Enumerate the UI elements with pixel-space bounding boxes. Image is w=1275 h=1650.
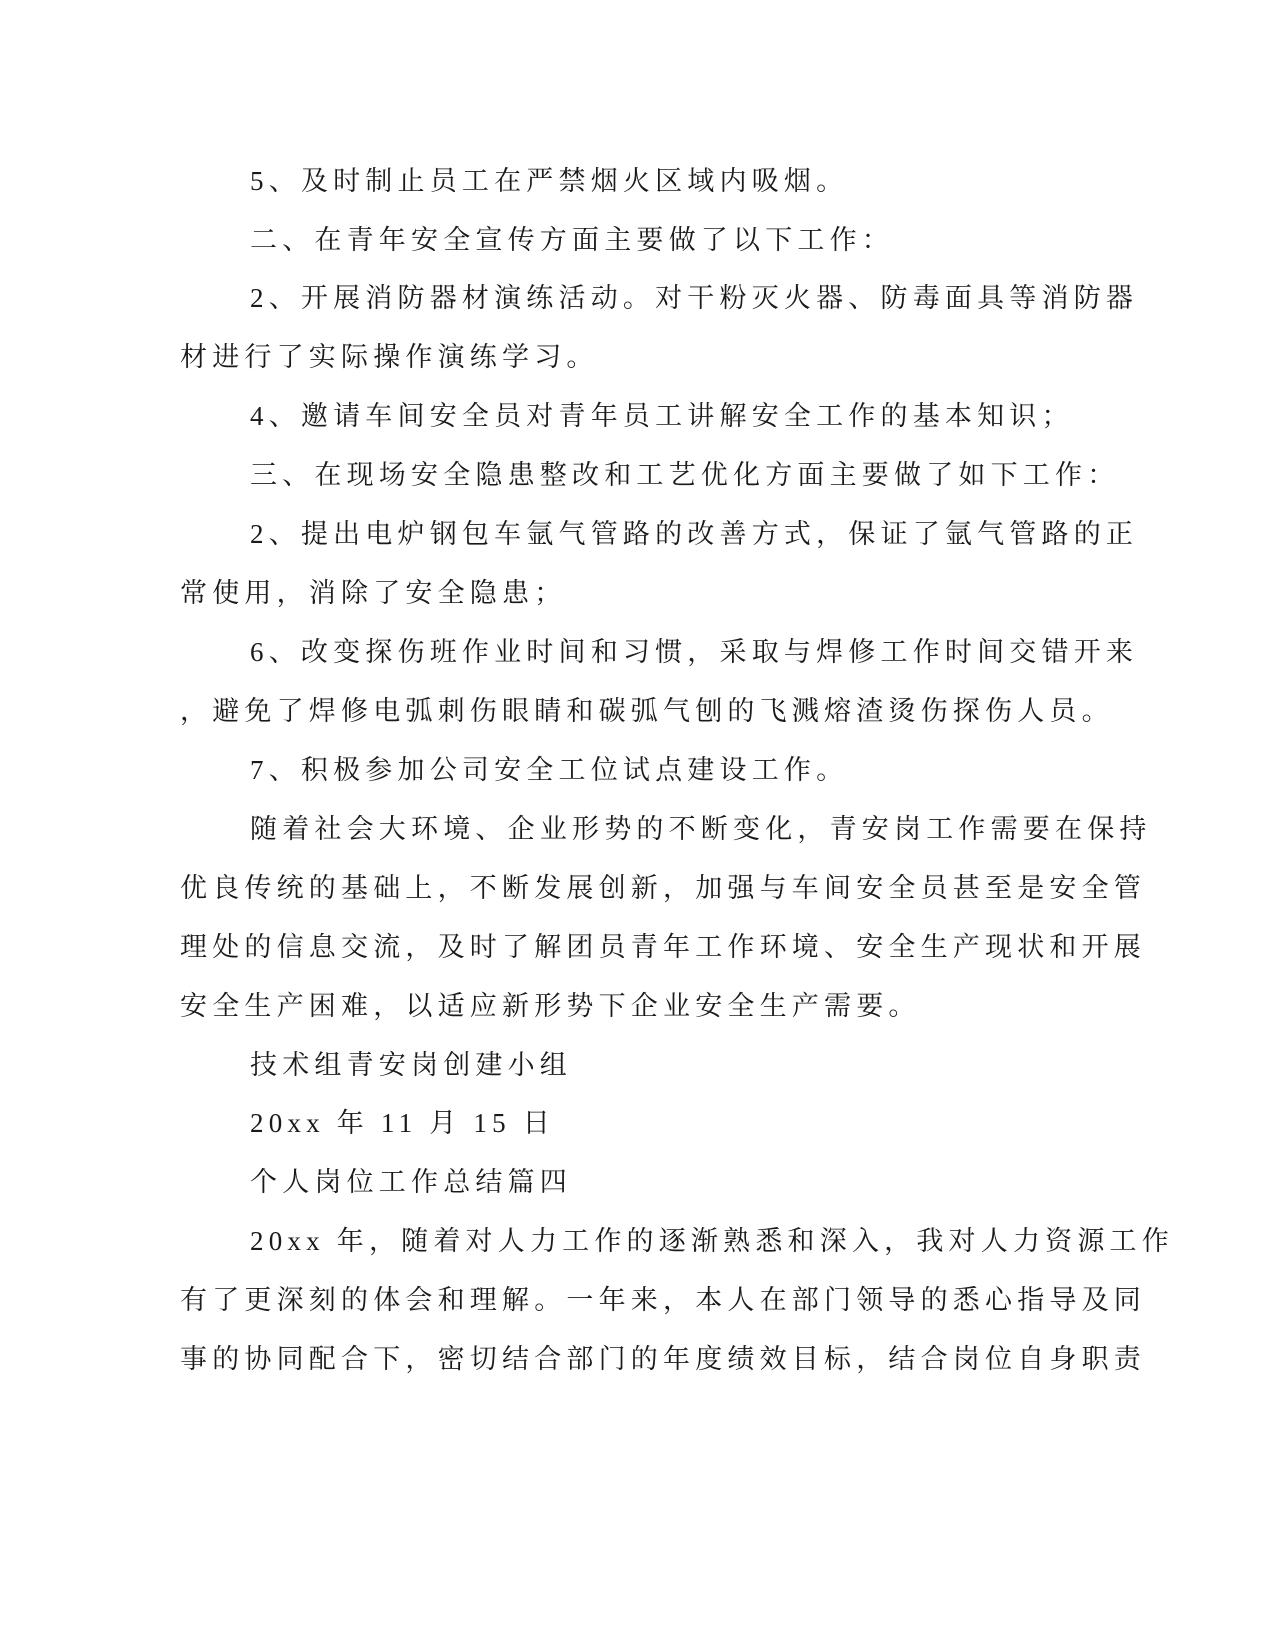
paragraph-line: 有了更深刻的体会和理解。一年来，本人在部门领导的悉心指导及同 bbox=[180, 1280, 1050, 1320]
signature-date: 20xx 年 11 月 15 日 bbox=[250, 1103, 1120, 1143]
section-heading-3: 三、在现场安全隐患整改和工艺优化方面主要做了如下工作： bbox=[250, 455, 1120, 495]
paragraph-line: 常使用，消除了安全隐患； bbox=[180, 573, 1050, 613]
paragraph-line: 2、提出电炉钢包车氩气管路的改善方式，保证了氩气管路的正 bbox=[250, 514, 1120, 554]
signature-group: 技术组青安岗创建小组 bbox=[250, 1045, 1120, 1085]
paragraph-line: 随着社会大环境、企业形势的不断变化，青安岗工作需要在保持 bbox=[250, 809, 1120, 849]
paragraph-line: ，避免了焊修电弧刺伤眼睛和碳弧气刨的飞溅熔渣烫伤探伤人员。 bbox=[180, 691, 1050, 731]
document-page: 5、及时制止员工在严禁烟火区域内吸烟。 二、在青年安全宣传方面主要做了以下工作：… bbox=[0, 0, 1275, 1650]
paragraph-line: 材进行了实际操作演练学习。 bbox=[180, 337, 1050, 377]
article-title: 个人岗位工作总结篇四 bbox=[250, 1162, 1120, 1202]
section-heading-2: 二、在青年安全宣传方面主要做了以下工作： bbox=[250, 220, 1120, 260]
paragraph-line: 20xx 年，随着对人力工作的逐渐熟悉和深入，我对人力资源工作 bbox=[250, 1221, 1120, 1261]
paragraph-line: 4、邀请车间安全员对青年员工讲解安全工作的基本知识； bbox=[250, 396, 1120, 436]
paragraph-line: 安全生产困难，以适应新形势下企业安全生产需要。 bbox=[180, 986, 1050, 1026]
paragraph-line: 理处的信息交流，及时了解团员青年工作环境、安全生产现状和开展 bbox=[180, 927, 1050, 967]
paragraph-line: 2、开展消防器材演练活动。对干粉灭火器、防毒面具等消防器 bbox=[250, 278, 1120, 318]
paragraph-line: 7、积极参加公司安全工位试点建设工作。 bbox=[250, 750, 1120, 790]
paragraph-line: 优良传统的基础上，不断发展创新，加强与车间安全员甚至是安全管 bbox=[180, 868, 1050, 908]
paragraph-line: 事的协同配合下，密切结合部门的年度绩效目标，结合岗位自身职责 bbox=[180, 1339, 1050, 1379]
paragraph-line: 6、改变探伤班作业时间和习惯，采取与焊修工作时间交错开来 bbox=[250, 632, 1120, 672]
paragraph-line: 5、及时制止员工在严禁烟火区域内吸烟。 bbox=[250, 161, 1120, 201]
